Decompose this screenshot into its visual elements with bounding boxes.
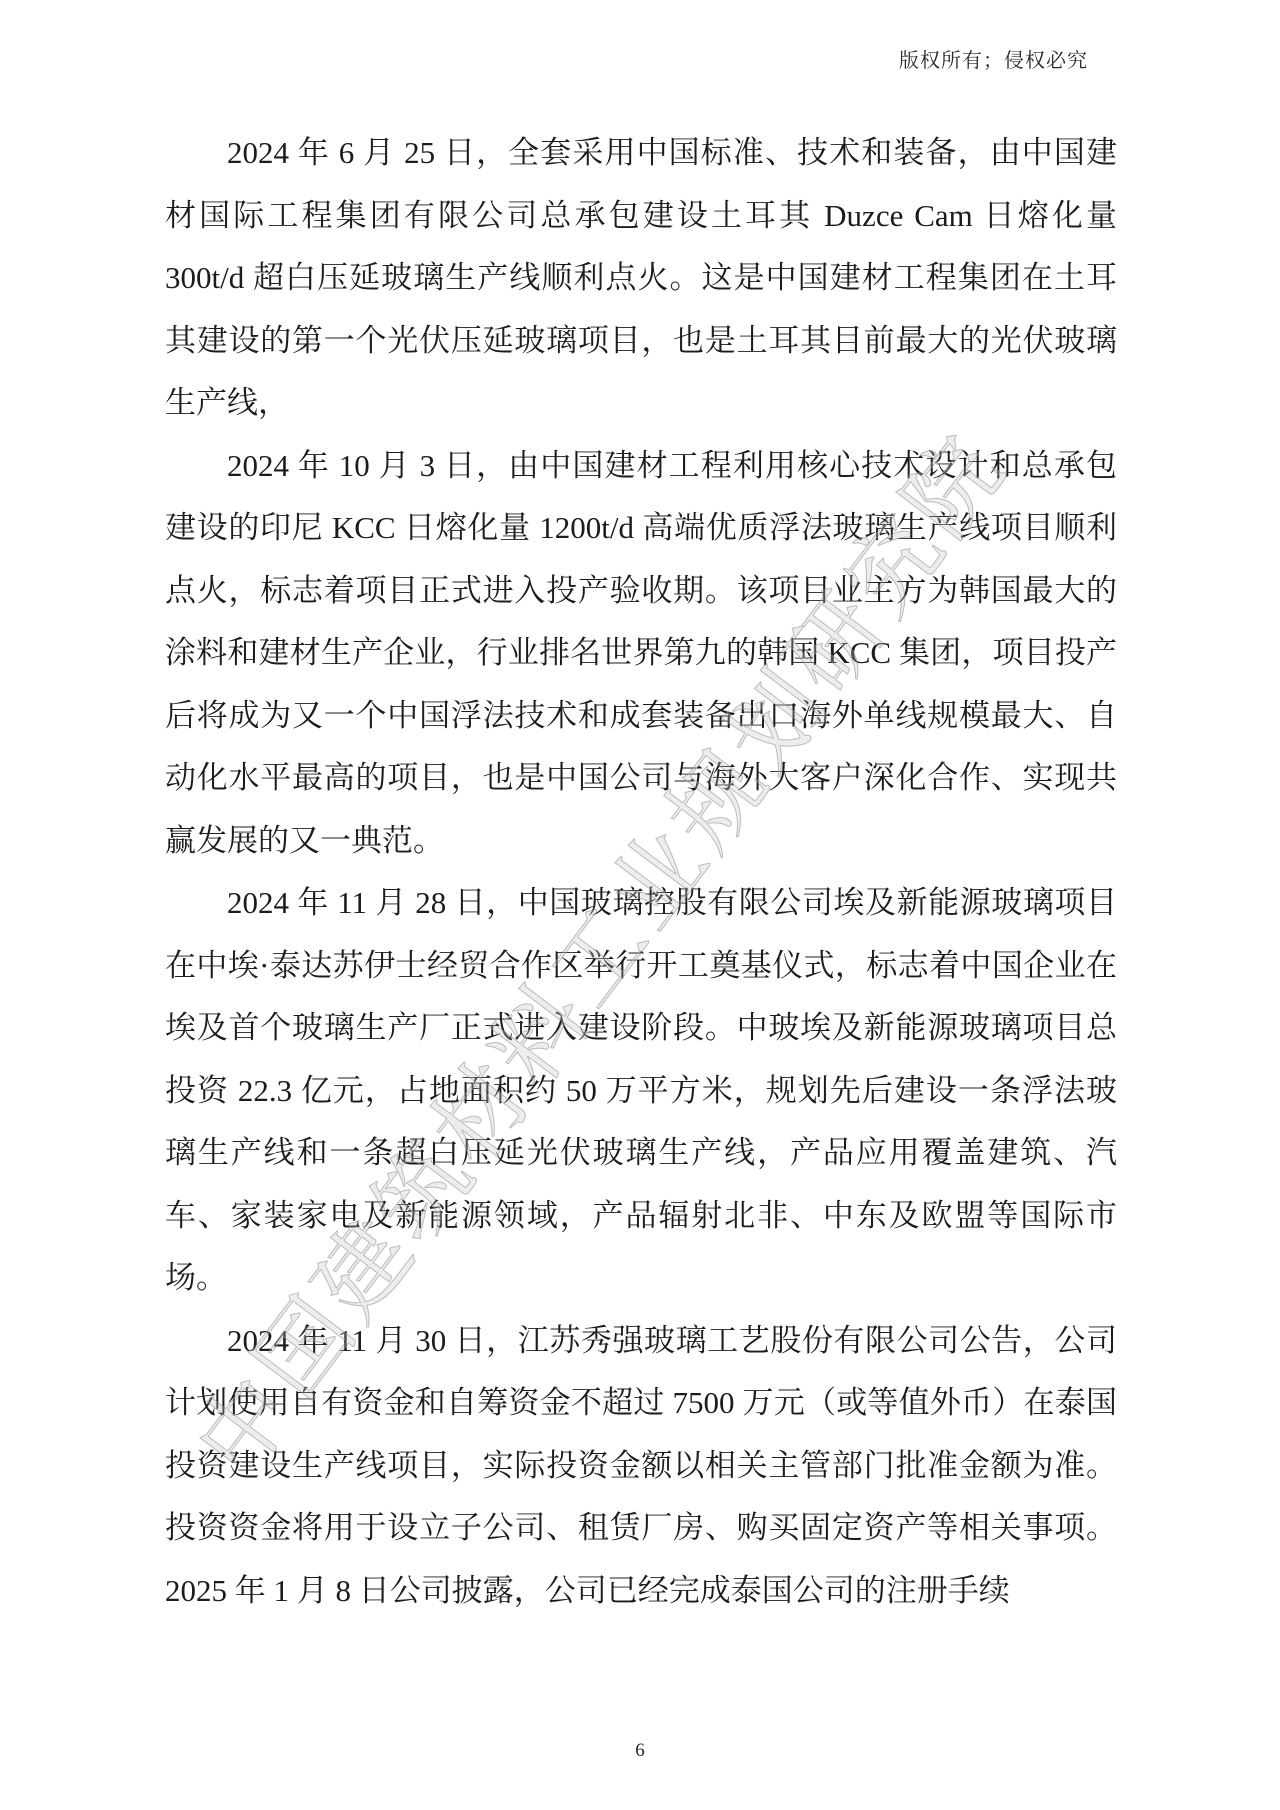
paragraph-indonesia-kcc: 2024 年 10 月 3 日，由中国建材工程利用核心技术设计和总承包建设的印尼… bbox=[165, 435, 1117, 873]
document-page: 版权所有；侵权必究 中国建筑材料工业规划研究院 2024 年 6 月 25 日，… bbox=[0, 0, 1280, 1810]
document-body: 2024 年 6 月 25 日，全套采用中国标准、技术和装备，由中国建材国际工程… bbox=[165, 122, 1117, 1622]
paragraph-turkey-duzce: 2024 年 6 月 25 日，全套采用中国标准、技术和装备，由中国建材国际工程… bbox=[165, 122, 1117, 435]
paragraph-jiangsu-xiuqiang: 2024 年 11 月 30 日，江苏秀强玻璃工艺股份有限公司公告，公司计划使用… bbox=[165, 1310, 1117, 1623]
copyright-notice: 版权所有；侵权必究 bbox=[899, 44, 1088, 73]
paragraph-egypt-glass: 2024 年 11 月 28 日，中国玻璃控股有限公司埃及新能源玻璃项目在中埃·… bbox=[165, 872, 1117, 1310]
page-number: 6 bbox=[0, 1740, 1280, 1762]
